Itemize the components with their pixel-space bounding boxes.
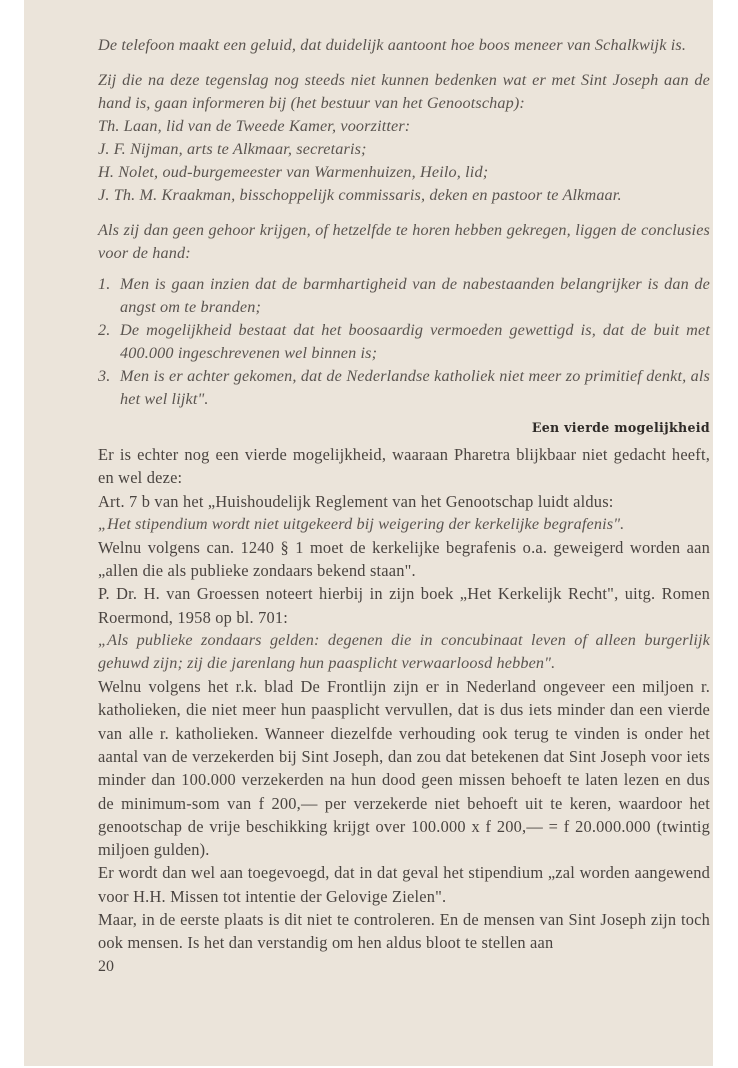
board-member: Th. Laan, lid van de Tweede Kamer, voorz…	[98, 115, 710, 138]
board-member: H. Nolet, oud-burgemeester van Warmenhui…	[98, 161, 710, 184]
page-content: De telefoon maakt een geluid, dat duidel…	[98, 34, 710, 978]
conclusion-item: 1. Men is gaan inzien dat de barmhartigh…	[98, 273, 710, 319]
board-member: J. Th. M. Kraakman, bisschoppelijk commi…	[98, 184, 710, 207]
section-heading: Een vierde mogelijkheid	[98, 419, 710, 437]
quote-canon-law: „Als publieke zondaars gelden: degenen d…	[98, 629, 710, 675]
section-paragraph: P. Dr. H. van Groessen noteert hierbij i…	[98, 582, 710, 629]
section-paragraph: Er wordt dan wel aan toegevoegd, dat in …	[98, 861, 710, 908]
conclusion-text: De mogelijkheid bestaat dat het boosaard…	[120, 319, 710, 365]
section-paragraph: Welnu volgens can. 1240 § 1 moet de kerk…	[98, 536, 710, 583]
page-number: 20	[98, 955, 710, 978]
section-paragraph: Art. 7 b van het „Huishoudelijk Reglemen…	[98, 490, 710, 513]
conclusion-number: 1.	[98, 273, 120, 319]
conclusion-number: 2.	[98, 319, 120, 365]
conclusions-list: 1. Men is gaan inzien dat de barmhartigh…	[98, 273, 710, 411]
conclusion-text: Men is er achter gekomen, dat de Nederla…	[120, 365, 710, 411]
section-paragraph: Welnu volgens het r.k. blad De Frontlijn…	[98, 675, 710, 861]
intro-paragraph-telephone: De telefoon maakt een geluid, dat duidel…	[98, 34, 710, 57]
intro-paragraph-conclusions: Als zij dan geen gehoor krijgen, of hetz…	[98, 219, 710, 265]
book-page: De telefoon maakt een geluid, dat duidel…	[24, 0, 713, 1066]
board-member: J. F. Nijman, arts te Alkmaar, secretari…	[98, 138, 710, 161]
quote-regulation: „Het stipendium wordt niet uitgekeerd bi…	[98, 513, 710, 536]
section-paragraph: Maar, in de eerste plaats is dit niet te…	[98, 908, 710, 955]
conclusion-item: 2. De mogelijkheid bestaat dat het boosa…	[98, 319, 710, 365]
board-members-list: Th. Laan, lid van de Tweede Kamer, voorz…	[98, 115, 710, 207]
intro-paragraph-inquiry: Zij die na deze tegenslag nog steeds nie…	[98, 69, 710, 115]
conclusion-number: 3.	[98, 365, 120, 411]
conclusion-item: 3. Men is er achter gekomen, dat de Nede…	[98, 365, 710, 411]
section-paragraph: Er is echter nog een vierde mogelijkheid…	[98, 443, 710, 490]
conclusion-text: Men is gaan inzien dat de barmhartigheid…	[120, 273, 710, 319]
